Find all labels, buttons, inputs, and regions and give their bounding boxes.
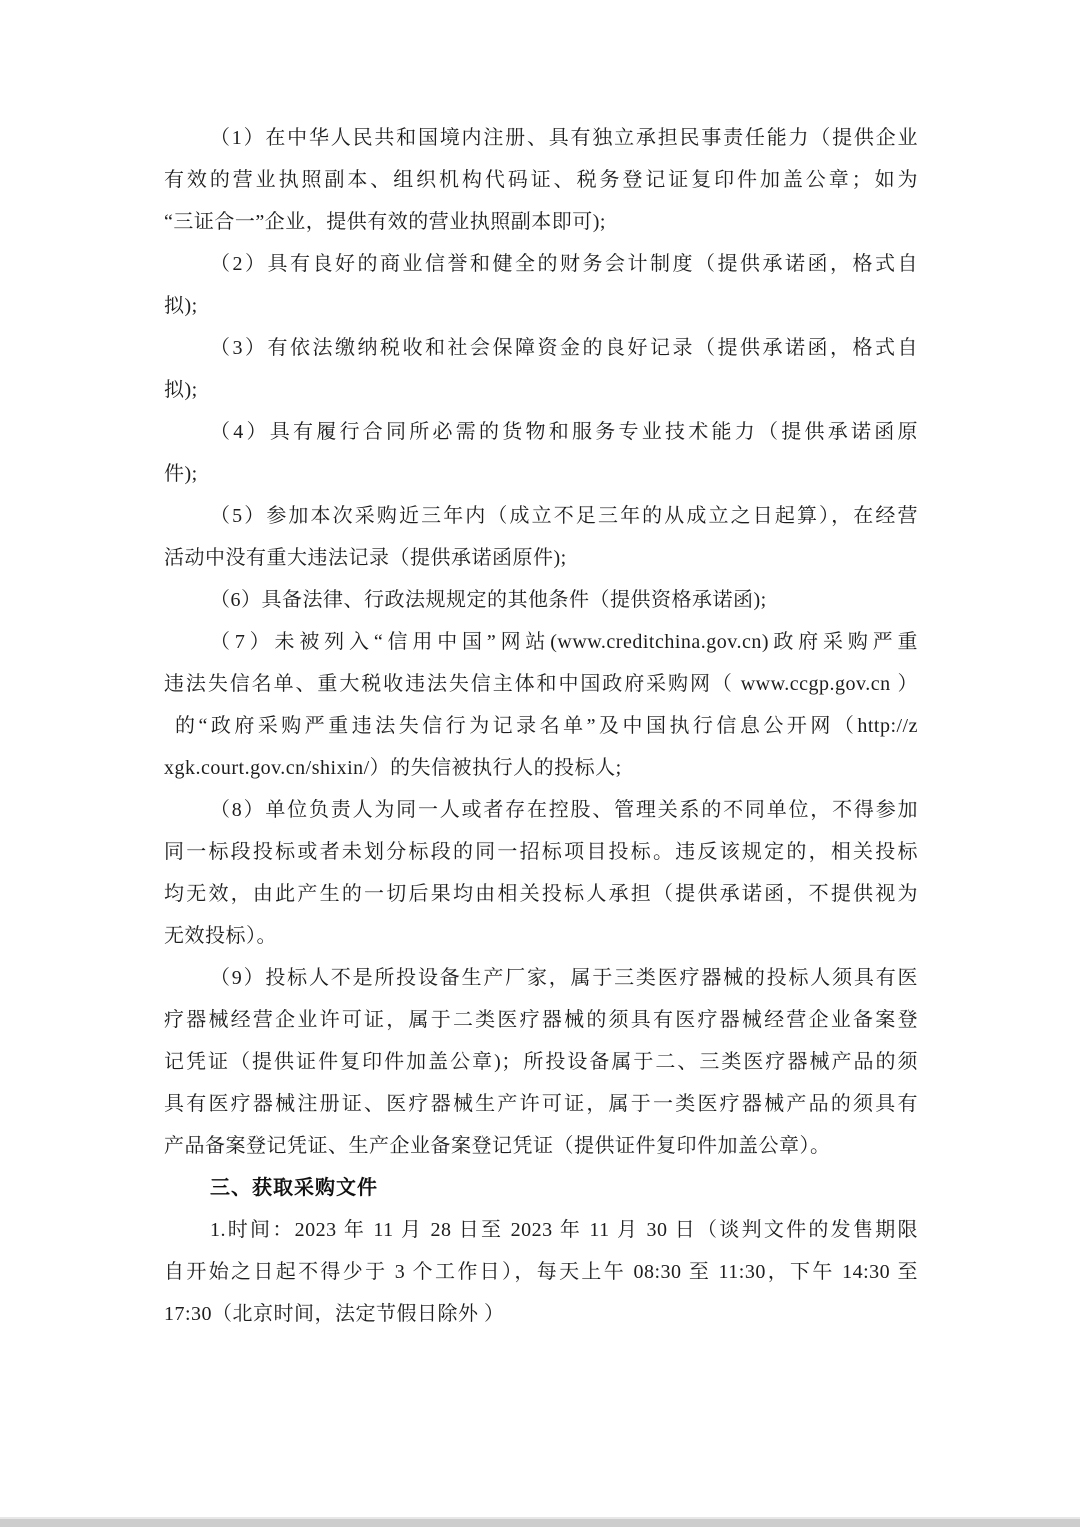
- text-line: （5）参加本次采购近三年内（成立不足三年的从成立之日起算），在经营: [164, 495, 918, 537]
- text-line: 自开始之日起不得少于 3 个工作日），每天上午 08:30 至 11:30，下午…: [164, 1251, 918, 1293]
- text-line: xgk.court.gov.cn/shixin/）的失信被执行人的投标人;: [164, 747, 918, 789]
- section-heading: 三、获取采购文件: [164, 1167, 918, 1209]
- text-line: （1）在中华人民共和国境内注册、具有独立承担民事责任能力（提供企业: [164, 117, 918, 159]
- text-line: （4）具有履行合同所必需的货物和服务专业技术能力（提供承诺函原: [164, 411, 918, 453]
- document-body: （1）在中华人民共和国境内注册、具有独立承担民事责任能力（提供企业有效的营业执照…: [164, 117, 918, 1335]
- clause-3: （3）有依法缴纳税收和社会保障资金的良好记录（提供承诺函，格式自拟);: [164, 327, 918, 411]
- text-line: （9）投标人不是所投设备生产厂家，属于三类医疗器械的投标人须具有医: [164, 957, 918, 999]
- clause-4: （4）具有履行合同所必需的货物和服务专业技术能力（提供承诺函原件);: [164, 411, 918, 495]
- clause-5: （5）参加本次采购近三年内（成立不足三年的从成立之日起算），在经营活动中没有重大…: [164, 495, 918, 579]
- text-line: 同一标段投标或者未划分标段的同一招标项目投标。违反该规定的，相关投标: [164, 831, 918, 873]
- text-line: 的“政府采购严重违法失信行为记录名单”及中国执行信息公开网（http://z: [164, 705, 918, 747]
- text-line: 件);: [164, 453, 918, 495]
- text-line: 记凭证（提供证件复印件加盖公章)；所投设备属于二、三类医疗器械产品的须: [164, 1041, 918, 1083]
- clause-9: （9）投标人不是所投设备生产厂家，属于三类医疗器械的投标人须具有医疗器械经营企业…: [164, 957, 918, 1167]
- text-line: 具有医疗器械注册证、医疗器械生产许可证，属于一类医疗器械产品的须具有: [164, 1083, 918, 1125]
- text-line: 均无效，由此产生的一切后果均由相关投标人承担（提供承诺函，不提供视为: [164, 873, 918, 915]
- text-line: 活动中没有重大违法记录（提供承诺函原件);: [164, 537, 918, 579]
- text-line: 1.时间：2023 年 11 月 28 日至 2023 年 11 月 30 日（…: [164, 1209, 918, 1251]
- clause-8: （8）单位负责人为同一人或者存在控股、管理关系的不同单位，不得参加同一标段投标或…: [164, 789, 918, 957]
- text-line: 无效投标）。: [164, 915, 918, 957]
- text-line: 拟);: [164, 369, 918, 411]
- text-line: 违法失信名单、重大税收违法失信主体和中国政府采购网（ www.ccgp.gov.…: [164, 663, 918, 705]
- clause-6: （6）具备法律、行政法规规定的其他条件（提供资格承诺函);: [164, 579, 918, 621]
- clause-2: （2）具有良好的商业信誉和健全的财务会计制度（提供承诺函，格式自拟);: [164, 243, 918, 327]
- text-line: 17:30（北京时间，法定节假日除外 ）: [164, 1293, 918, 1335]
- text-line: （6）具备法律、行政法规规定的其他条件（提供资格承诺函);: [164, 579, 918, 621]
- clause-7: （7）未被列入“信用中国”网站(www.creditchina.gov.cn)政…: [164, 621, 918, 789]
- text-line: （7）未被列入“信用中国”网站(www.creditchina.gov.cn)政…: [164, 621, 918, 663]
- text-line: （2）具有良好的商业信誉和健全的财务会计制度（提供承诺函，格式自: [164, 243, 918, 285]
- text-line: 拟);: [164, 285, 918, 327]
- clause-1: （1）在中华人民共和国境内注册、具有独立承担民事责任能力（提供企业有效的营业执照…: [164, 117, 918, 243]
- document-page: （1）在中华人民共和国境内注册、具有独立承担民事责任能力（提供企业有效的营业执照…: [0, 0, 1080, 1527]
- clause-time: 1.时间：2023 年 11 月 28 日至 2023 年 11 月 30 日（…: [164, 1209, 918, 1335]
- text-line: 产品备案登记凭证、生产企业备案登记凭证（提供证件复印件加盖公章）。: [164, 1125, 918, 1167]
- section-heading-3: 三、获取采购文件: [164, 1167, 918, 1209]
- text-line: 疗器械经营企业许可证，属于二类医疗器械的须具有医疗器械经营企业备案登: [164, 999, 918, 1041]
- page-bottom-edge: [0, 1517, 1080, 1527]
- text-line: “三证合一”企业，提供有效的营业执照副本即可);: [164, 201, 918, 243]
- text-line: 有效的营业执照副本、组织机构代码证、税务登记证复印件加盖公章；如为: [164, 159, 918, 201]
- text-line: （3）有依法缴纳税收和社会保障资金的良好记录（提供承诺函，格式自: [164, 327, 918, 369]
- text-line: （8）单位负责人为同一人或者存在控股、管理关系的不同单位，不得参加: [164, 789, 918, 831]
